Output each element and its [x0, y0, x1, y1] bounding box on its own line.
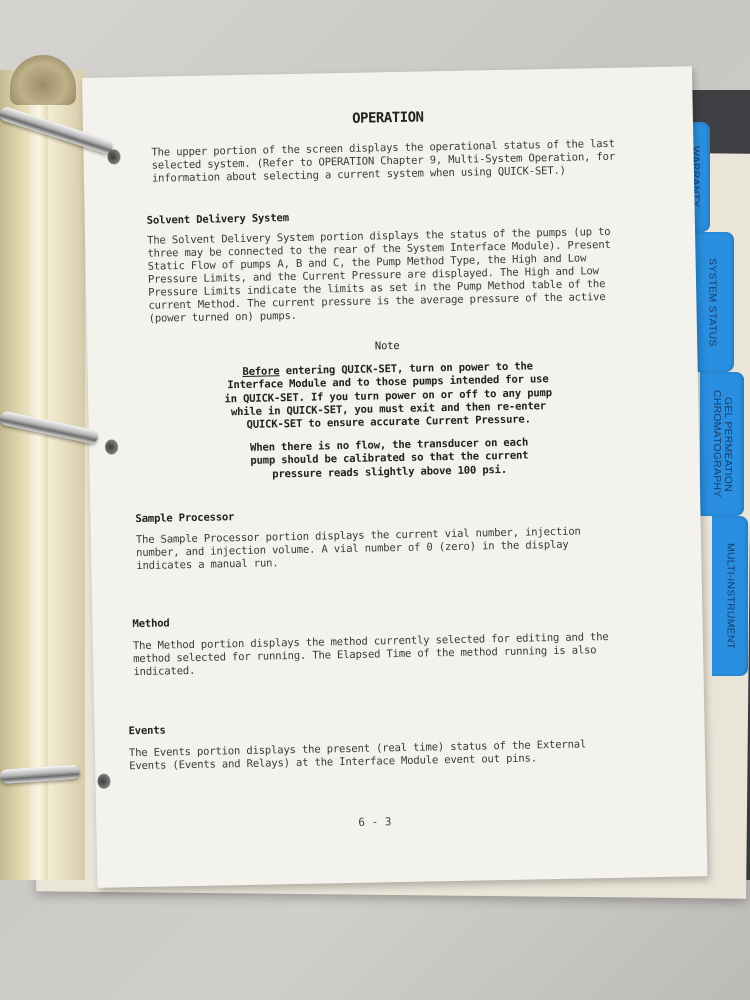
section-heading-solvent-delivery: Solvent Delivery System	[147, 212, 289, 227]
note-paragraph-1: Before entering QUICK-SET, turn on power…	[198, 360, 579, 433]
section-body-method: The Method portion displays the method c…	[133, 629, 694, 679]
section-body-sample-processor: The Sample Processor portion displays th…	[136, 524, 677, 573]
section-body-solvent-delivery: The Solvent Delivery System portion disp…	[147, 224, 689, 325]
punch-hole	[97, 774, 110, 789]
note-emphasis: Before	[242, 365, 279, 378]
tab-gel-permeation-chromatography[interactable]: Gel Permeation Chromatography	[700, 372, 744, 516]
tab-label: Gel Permeation Chromatography	[711, 390, 733, 497]
section-heading-events: Events	[128, 725, 165, 738]
section-body-events: The Events portion displays the present …	[129, 736, 689, 773]
section-heading-method: Method	[132, 617, 169, 630]
binder-spine	[0, 70, 85, 880]
tab-label: System Status	[707, 258, 718, 347]
tab-label: Multi-Instrument	[725, 543, 736, 649]
punch-hole	[105, 439, 118, 454]
intro-paragraph: The upper portion of the screen displays…	[151, 137, 682, 186]
tab-multi-instrument[interactable]: Multi-Instrument	[712, 516, 748, 676]
note-title: Note	[197, 337, 577, 357]
note-box: Note Before entering QUICK-SET, turn on …	[197, 337, 580, 483]
page-title: OPERATION	[83, 104, 693, 132]
section-heading-sample-processor: Sample Processor	[135, 511, 234, 525]
note-paragraph-2: When there is no flow, the transducer on…	[199, 436, 580, 483]
manual-page: OPERATION The upper portion of the scree…	[82, 66, 707, 888]
page-number: 6 - 3	[358, 815, 391, 829]
